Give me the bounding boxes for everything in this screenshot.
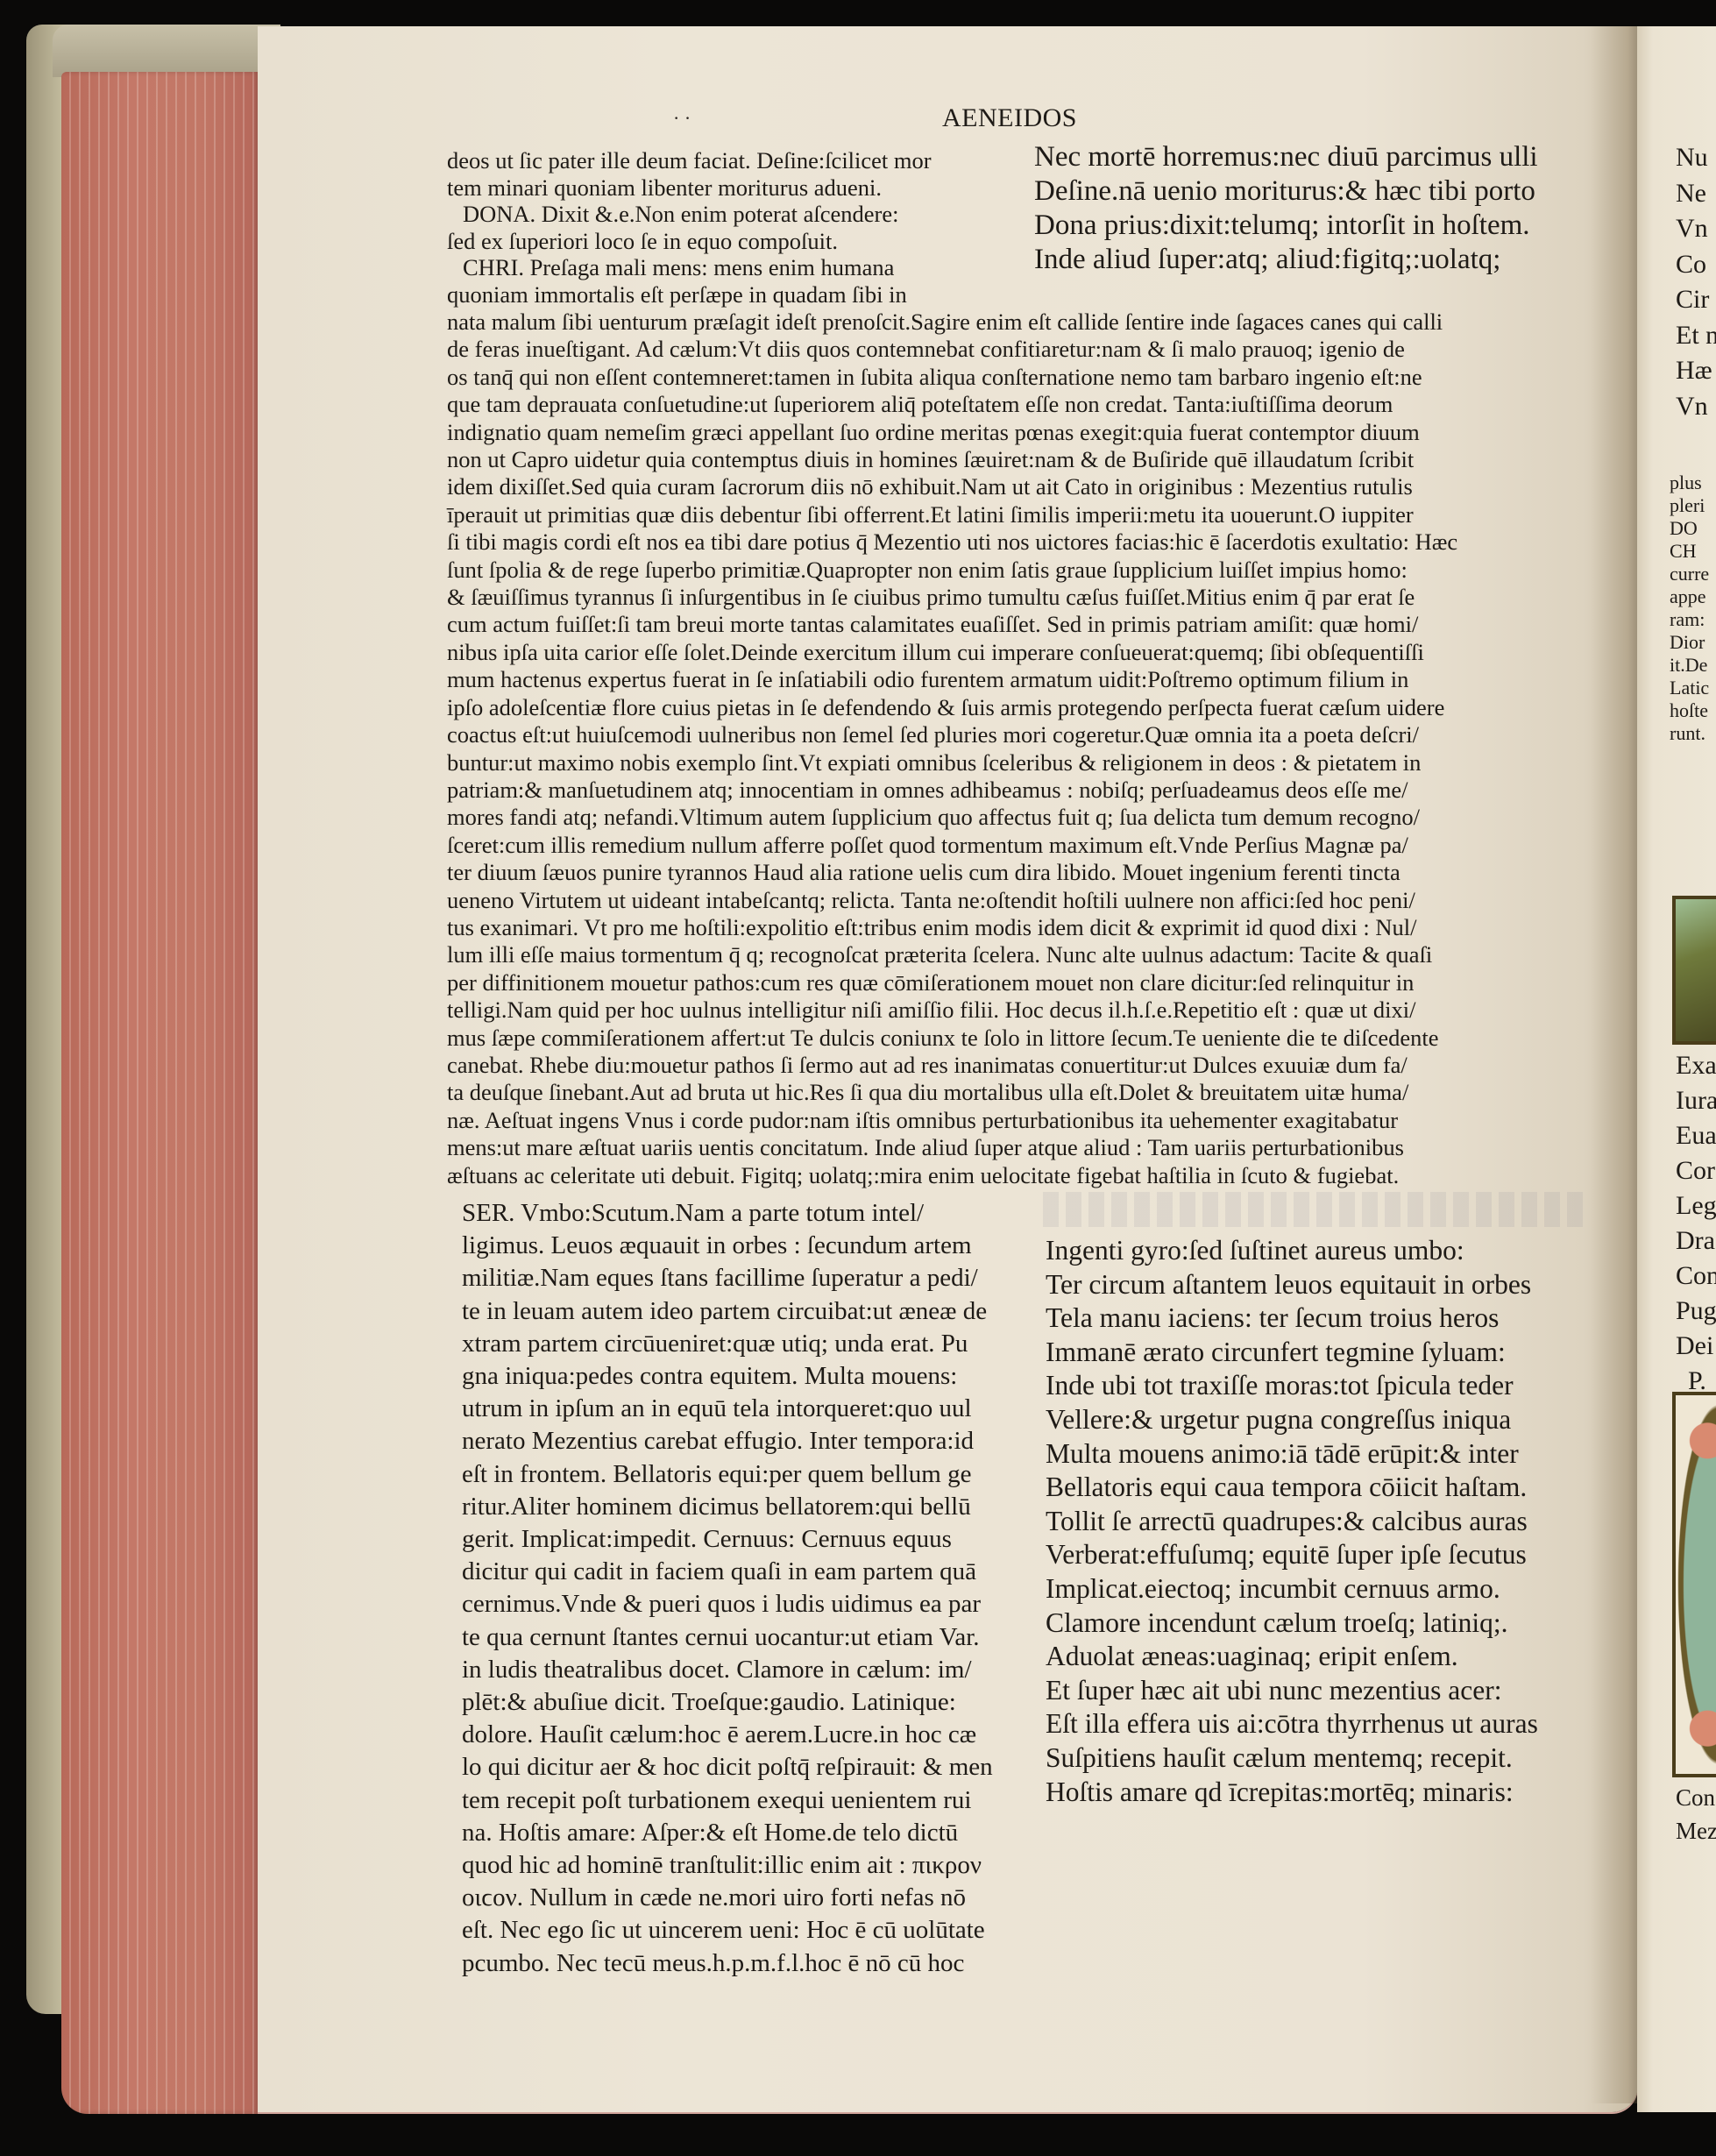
verse-line: Tollit ſe arrectū quadrupes:& calcibus a…	[1046, 1505, 1538, 1539]
verse-line: Ingenti gyro:ſed ſuſtinet aureus umbo:	[1046, 1234, 1538, 1268]
fragment: Vn	[1676, 211, 1716, 247]
fragment: Con	[1676, 1781, 1716, 1814]
text-line: ueneno Virtutem ut uideant intabeſcantq;…	[447, 887, 1457, 914]
verse-line: Bellatoris equi caua tempora cōiicit haſ…	[1046, 1471, 1538, 1505]
verse-line: Immanē ærato circunfert tegmine ſyluam:	[1046, 1336, 1538, 1370]
text-line: eſt in frontem. Bellatoris equi:per quem…	[462, 1458, 993, 1491]
text-line: in ludis theatralibus docet. Clamore in …	[462, 1654, 993, 1686]
text-line: idem dixiſſet.Sed quia curam ſacrorum di…	[447, 473, 1457, 500]
verse-line: Implicat.eiectoq; incumbit cernuus armo.	[1046, 1572, 1538, 1606]
illuminated-initial-bottom	[1672, 1392, 1716, 1777]
verse-line: Eſt illa effera uis ai:cōtra thyrrhenus …	[1046, 1707, 1538, 1741]
verse-line: Inde aliud ſuper:atq; aliud:figitq;:uola…	[1034, 243, 1538, 277]
text-line: ſed ex ſuperiori loco ſe in equo compoſu…	[447, 228, 932, 255]
text-line: te qua cernunt ſtantes cernui uocantur:u…	[462, 1621, 993, 1654]
text-line: tem recepit poſt turbationem exequi ueni…	[462, 1784, 993, 1817]
text-line: DONA. Dixit &.e.Non enim poterat aſcende…	[447, 201, 932, 228]
fragment: Vn	[1676, 389, 1716, 425]
text-line: & ſæuiſſimus tyrannus ſi inſurgentibus i…	[447, 584, 1457, 611]
text-line: gna iniqua:pedes contra equitem. Multa m…	[462, 1360, 993, 1393]
text-line: mum hactenus expertus fuerat in ſe inſat…	[447, 666, 1457, 693]
text-line: xtram partem circūueniret:quæ utiq; unda…	[462, 1328, 993, 1360]
fragment: DO	[1670, 517, 1709, 540]
fragment: Pug	[1676, 1294, 1716, 1329]
text-line: non ut Capro uidetur quia contemptus diu…	[447, 446, 1457, 473]
fragment: Exa	[1676, 1048, 1716, 1083]
fragment: runt.	[1670, 722, 1709, 745]
text-line: οιϲον. Nullum in cæde ne.mori uiro forti…	[462, 1882, 993, 1914]
text-line: nata malum ſibi uenturum præſagit ideſt …	[447, 309, 1457, 336]
facing-verse-top: Nu Ne Vn Co Cir Et n Hæ Vn	[1676, 140, 1716, 424]
verse-line: Suſpitiens hauſit cælum mentemq; recepit…	[1046, 1741, 1538, 1776]
fragment: Con	[1676, 1259, 1716, 1294]
text-line: telligi.Nam quid per hoc uulnus intellig…	[447, 996, 1457, 1024]
fragment: Dra	[1676, 1223, 1716, 1259]
verse-line: Multa mouens animo:iā tādē erūpit:& inte…	[1046, 1437, 1538, 1472]
fragment: Leg	[1676, 1188, 1716, 1223]
fragment: Dior	[1670, 631, 1709, 654]
verse-line: Hoſtis amare qd īcrepitas:mortēq; minari…	[1046, 1776, 1538, 1810]
verse-line: Inde ubi tot traxiſſe moras:tot ſpicula …	[1046, 1369, 1538, 1403]
text-line: mus ſæpe commiſerationem affert:ut Te du…	[447, 1025, 1457, 1052]
text-line: dolore. Hauſit cælum:hoc ē aerem.Lucre.i…	[462, 1719, 993, 1751]
text-line: na. Hoſtis amare: Aſper:& eſt Home.de te…	[462, 1817, 993, 1849]
text-line: nerato Mezentius carebat effugio. Inter …	[462, 1425, 993, 1457]
verse-line: Clamore incendunt cælum troeſq; latiniq;…	[1046, 1606, 1538, 1641]
fragment: Mez	[1676, 1814, 1716, 1847]
verse-line: Nec mortē horremus:nec diuū parcimus ull…	[1034, 140, 1538, 174]
text-line: os tanq̄ qui non eſſent contemneret:tame…	[447, 364, 1457, 391]
text-line: buntur:ut maximo nobis exemplo ſint.Vt e…	[447, 749, 1457, 777]
commentary-left-top: deos ut ſic pater ille deum faciat. Deſi…	[447, 147, 932, 308]
text-line: te in leuam autem ideo partem circuibat:…	[462, 1295, 993, 1328]
text-line: ligimus. Leuos æquauit in orbes : ſecund…	[462, 1230, 993, 1262]
text-line: eſt. Nec ego ſic ut uincerem ueni: Hoc ē…	[462, 1914, 993, 1947]
fragment: Dei	[1676, 1329, 1716, 1364]
fragment: Iura	[1676, 1083, 1716, 1118]
commentary-left-bottom: SER. Vmbo:Scutum.Nam a parte totum intel…	[462, 1197, 993, 1980]
commentary-full-width: nata malum ſibi uenturum præſagit ideſt …	[447, 309, 1457, 1189]
text-line: cernimus.Vnde & pueri quos i ludis uidim…	[462, 1588, 993, 1621]
text-line: ter diuum ſæuos punire tyrannos Haud ali…	[447, 859, 1457, 886]
text-line: nibus ipſa uita carior eſſe ſolet.Deinde…	[447, 639, 1457, 666]
fragment: Et n	[1676, 318, 1716, 354]
text-line: īperauit ut primitias quæ diis debentur …	[447, 501, 1457, 528]
verse-line: Tela manu iaciens: ter ſecum troius hero…	[1046, 1301, 1538, 1336]
text-line: dicitur qui cadit in faciem quaſi in eam…	[462, 1556, 993, 1588]
illuminated-initial-top	[1672, 896, 1716, 1045]
fragment: plus	[1670, 472, 1709, 494]
fragment: Co	[1676, 247, 1716, 283]
ink-bleed-through	[1043, 1192, 1586, 1227]
text-line: cum actum fuiſſet:ſi tam breui morte tan…	[447, 611, 1457, 638]
fragment: Eua	[1676, 1118, 1716, 1153]
fragment: Cor	[1676, 1153, 1716, 1188]
verse-line: Et ſuper hæc ait ubi nunc mezentius acer…	[1046, 1674, 1538, 1708]
text-line: coactus eſt:ut huiuſcemodi uulneribus no…	[447, 721, 1457, 748]
book-cover-top-edge	[53, 25, 280, 77]
text-line: tus exanimari. Vt pro me hoſtili:expolit…	[447, 914, 1457, 941]
text-line: ipſo adoleſcentiæ flore cuius pietas in …	[447, 694, 1457, 721]
text-line: utrum in ipſum an in equū tela intorquer…	[462, 1393, 993, 1425]
fragment: pleri	[1670, 494, 1709, 517]
text-line: næ. Aeſtuat ingens Vnus i corde pudor:na…	[447, 1107, 1457, 1134]
text-line: plēt:& abuſiue dicit. Troeſque:gaudio. L…	[462, 1686, 993, 1719]
verse-top: Nec mortē horremus:nec diuū parcimus ull…	[1034, 140, 1538, 277]
signature-mark: · ·	[673, 107, 691, 130]
gutter-shadow	[1591, 26, 1643, 2103]
fragment: Nu	[1676, 140, 1716, 176]
text-line: ta deuſque ſinebant.Aut ad bruta ut hic.…	[447, 1079, 1457, 1106]
text-line: patriam:& manſuetudinem atq; innocentiam…	[447, 777, 1457, 804]
text-line: æſtuans ac celeritate uti debuit. Figitq…	[447, 1162, 1457, 1189]
text-line: militiæ.Nam eques ſtans facillime ſupera…	[462, 1262, 993, 1294]
fragment: appe	[1670, 585, 1709, 608]
fragment: Cir	[1676, 282, 1716, 318]
fragment: it.De	[1670, 654, 1709, 677]
text-line: tem minari quoniam libenter moriturus ad…	[447, 174, 932, 202]
text-line: ſceret:cum illis remedium nullum afferre…	[447, 832, 1457, 859]
verse-line: Vellere:& urgetur pugna congreſſus iniqu…	[1046, 1403, 1538, 1437]
text-line: deos ut ſic pater ille deum faciat. Deſi…	[447, 147, 932, 174]
text-line: mores fandi atq; nefandi.Vltimum autem ſ…	[447, 804, 1457, 831]
verse-line: Aduolat æneas:uaginaq; eripit enſem.	[1046, 1640, 1538, 1674]
fragment: ram:	[1670, 608, 1709, 631]
fragment: CH	[1670, 540, 1709, 563]
text-line: indignatio quam nemeſim græci appellant …	[447, 419, 1457, 446]
facing-final: Con Mez	[1676, 1781, 1716, 1847]
fragment: Ne	[1676, 176, 1716, 212]
red-fore-edge	[61, 72, 259, 2114]
verse-bottom: Ingenti gyro:ſed ſuſtinet aureus umbo: T…	[1046, 1234, 1538, 1809]
facing-commentary: plus pleri DO CH curre appe ram: Dior it…	[1670, 472, 1709, 745]
facing-verse-bottom: Exa Iura Eua Cor Leg Dra Con Pug Dei P.	[1676, 1048, 1716, 1399]
verse-line: Ter circum aſtantem leuos equitauit in o…	[1046, 1268, 1538, 1302]
running-head: AENEIDOS	[942, 103, 1077, 133]
text-line: per diffinitionem mouetur pathos:cum res…	[447, 969, 1457, 996]
text-line: CHRI. Preſaga mali mens: mens enim human…	[447, 254, 932, 281]
text-line: pcumbo. Nec tecū meus.h.p.m.f.l.hoc ē nō…	[462, 1947, 993, 1980]
text-line: ritur.Aliter hominem dicimus bellatorem:…	[462, 1491, 993, 1523]
fragment: Hæ	[1676, 353, 1716, 389]
text-line: lum illi eſſe maius tormentum q̄ q; reco…	[447, 941, 1457, 968]
text-line: quoniam immortalis eſt perſæpe in quadam…	[447, 281, 932, 309]
text-line: SER. Vmbo:Scutum.Nam a parte totum intel…	[462, 1197, 993, 1230]
fragment: hoſte	[1670, 699, 1709, 722]
text-line: que tam deprauata conſuetudine:ut ſuperi…	[447, 391, 1457, 418]
fragment: curre	[1670, 563, 1709, 585]
text-line: mens:ut mare æſtuat uariis uentis concit…	[447, 1134, 1457, 1161]
text-line: ſunt ſpolia & de rege ſuperbo primitiæ.Q…	[447, 557, 1457, 584]
text-line: de feras inueſtigant. Ad cælum:Vt diis q…	[447, 336, 1457, 363]
verse-line: Verberat:effuſumq; equitē ſuper ipſe ſec…	[1046, 1538, 1538, 1572]
text-line: lo qui dicitur aer & hoc dicit poſtq̄ re…	[462, 1751, 993, 1784]
verse-line: Deſine.nā uenio moriturus:& hæc tibi por…	[1034, 174, 1538, 209]
text-line: gerit. Implicat:impedit. Cernuus: Cernuu…	[462, 1523, 993, 1556]
text-line: canebat. Rhebe diu:mouetur pathos ſi ſer…	[447, 1052, 1457, 1079]
fragment: Latic	[1670, 677, 1709, 699]
text-line: ſi tibi magis cordi eſt nos ea tibi dare…	[447, 528, 1457, 556]
verse-line: Dona prius:dixit:telumq; intorſit in hoſ…	[1034, 209, 1538, 243]
text-line: quod hic ad hominē tranſtulit:illic enim…	[462, 1849, 993, 1882]
